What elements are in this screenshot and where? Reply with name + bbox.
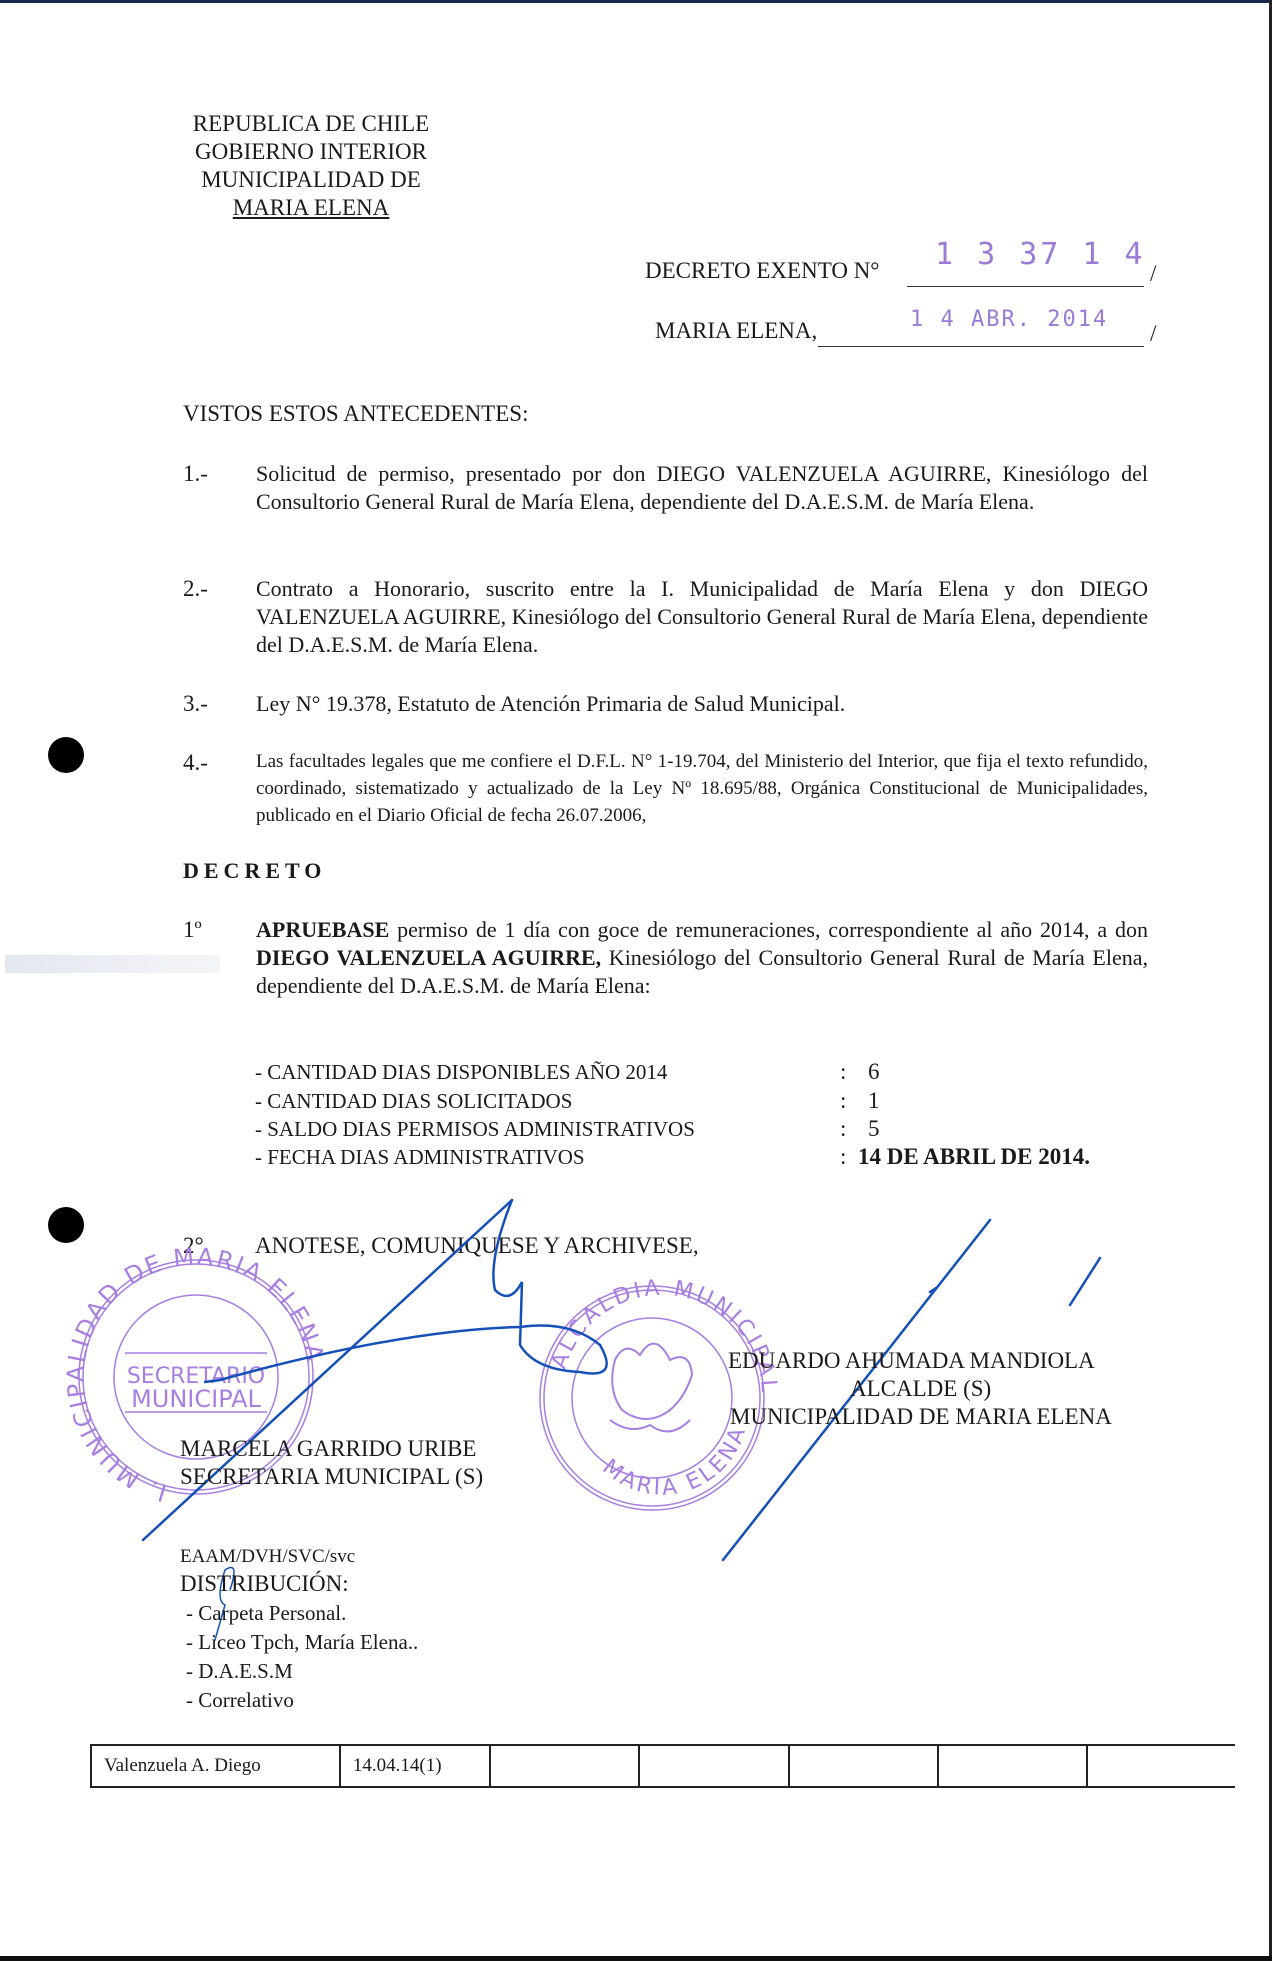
- mayor-stamp-ring-bottom: MARIA ELENA: [598, 1422, 752, 1501]
- secretary-name: MARCELA GARRIDO URIBE: [180, 1435, 476, 1463]
- record-table: Valenzuela A. Diego 14.04.14(1): [90, 1744, 1235, 1788]
- table-row: Valenzuela A. Diego 14.04.14(1): [91, 1745, 1235, 1787]
- table-cell: 14.04.14(1): [340, 1745, 490, 1787]
- mayor-stamp-ring-top: ALCALDIA MUNICIPAL: [547, 1276, 781, 1396]
- table-cell: Valenzuela A. Diego: [91, 1745, 340, 1787]
- table-cell: [490, 1745, 639, 1787]
- distribution-item: - D.A.E.S.M: [186, 1657, 293, 1685]
- secretary-title: SECRETARIA MUNICIPAL (S): [180, 1463, 483, 1491]
- table-cell: [938, 1745, 1087, 1787]
- distribution-item: - Liceo Tpch, María Elena..: [186, 1628, 418, 1656]
- table-cell: [789, 1745, 938, 1787]
- mayor-title: ALCALDE (S): [850, 1375, 991, 1403]
- distribution-item: - Correlativo: [186, 1686, 294, 1714]
- table-cell: [639, 1745, 788, 1787]
- secretary-stamp-center-2: MUNICIPAL: [131, 1385, 261, 1413]
- mayor-name: EDUARDO AHUMADA MANDIOLA: [728, 1347, 1095, 1375]
- mayor-organization: MUNICIPALIDAD DE MARIA ELENA: [730, 1403, 1112, 1431]
- reference-initials: EAAM/DVH/SVC/svc: [180, 1543, 355, 1571]
- distribution-item: - Carpeta Personal.: [186, 1599, 346, 1627]
- distribution-title: DISTRIBUCIÓN:: [180, 1570, 349, 1598]
- table-cell: [1087, 1745, 1235, 1787]
